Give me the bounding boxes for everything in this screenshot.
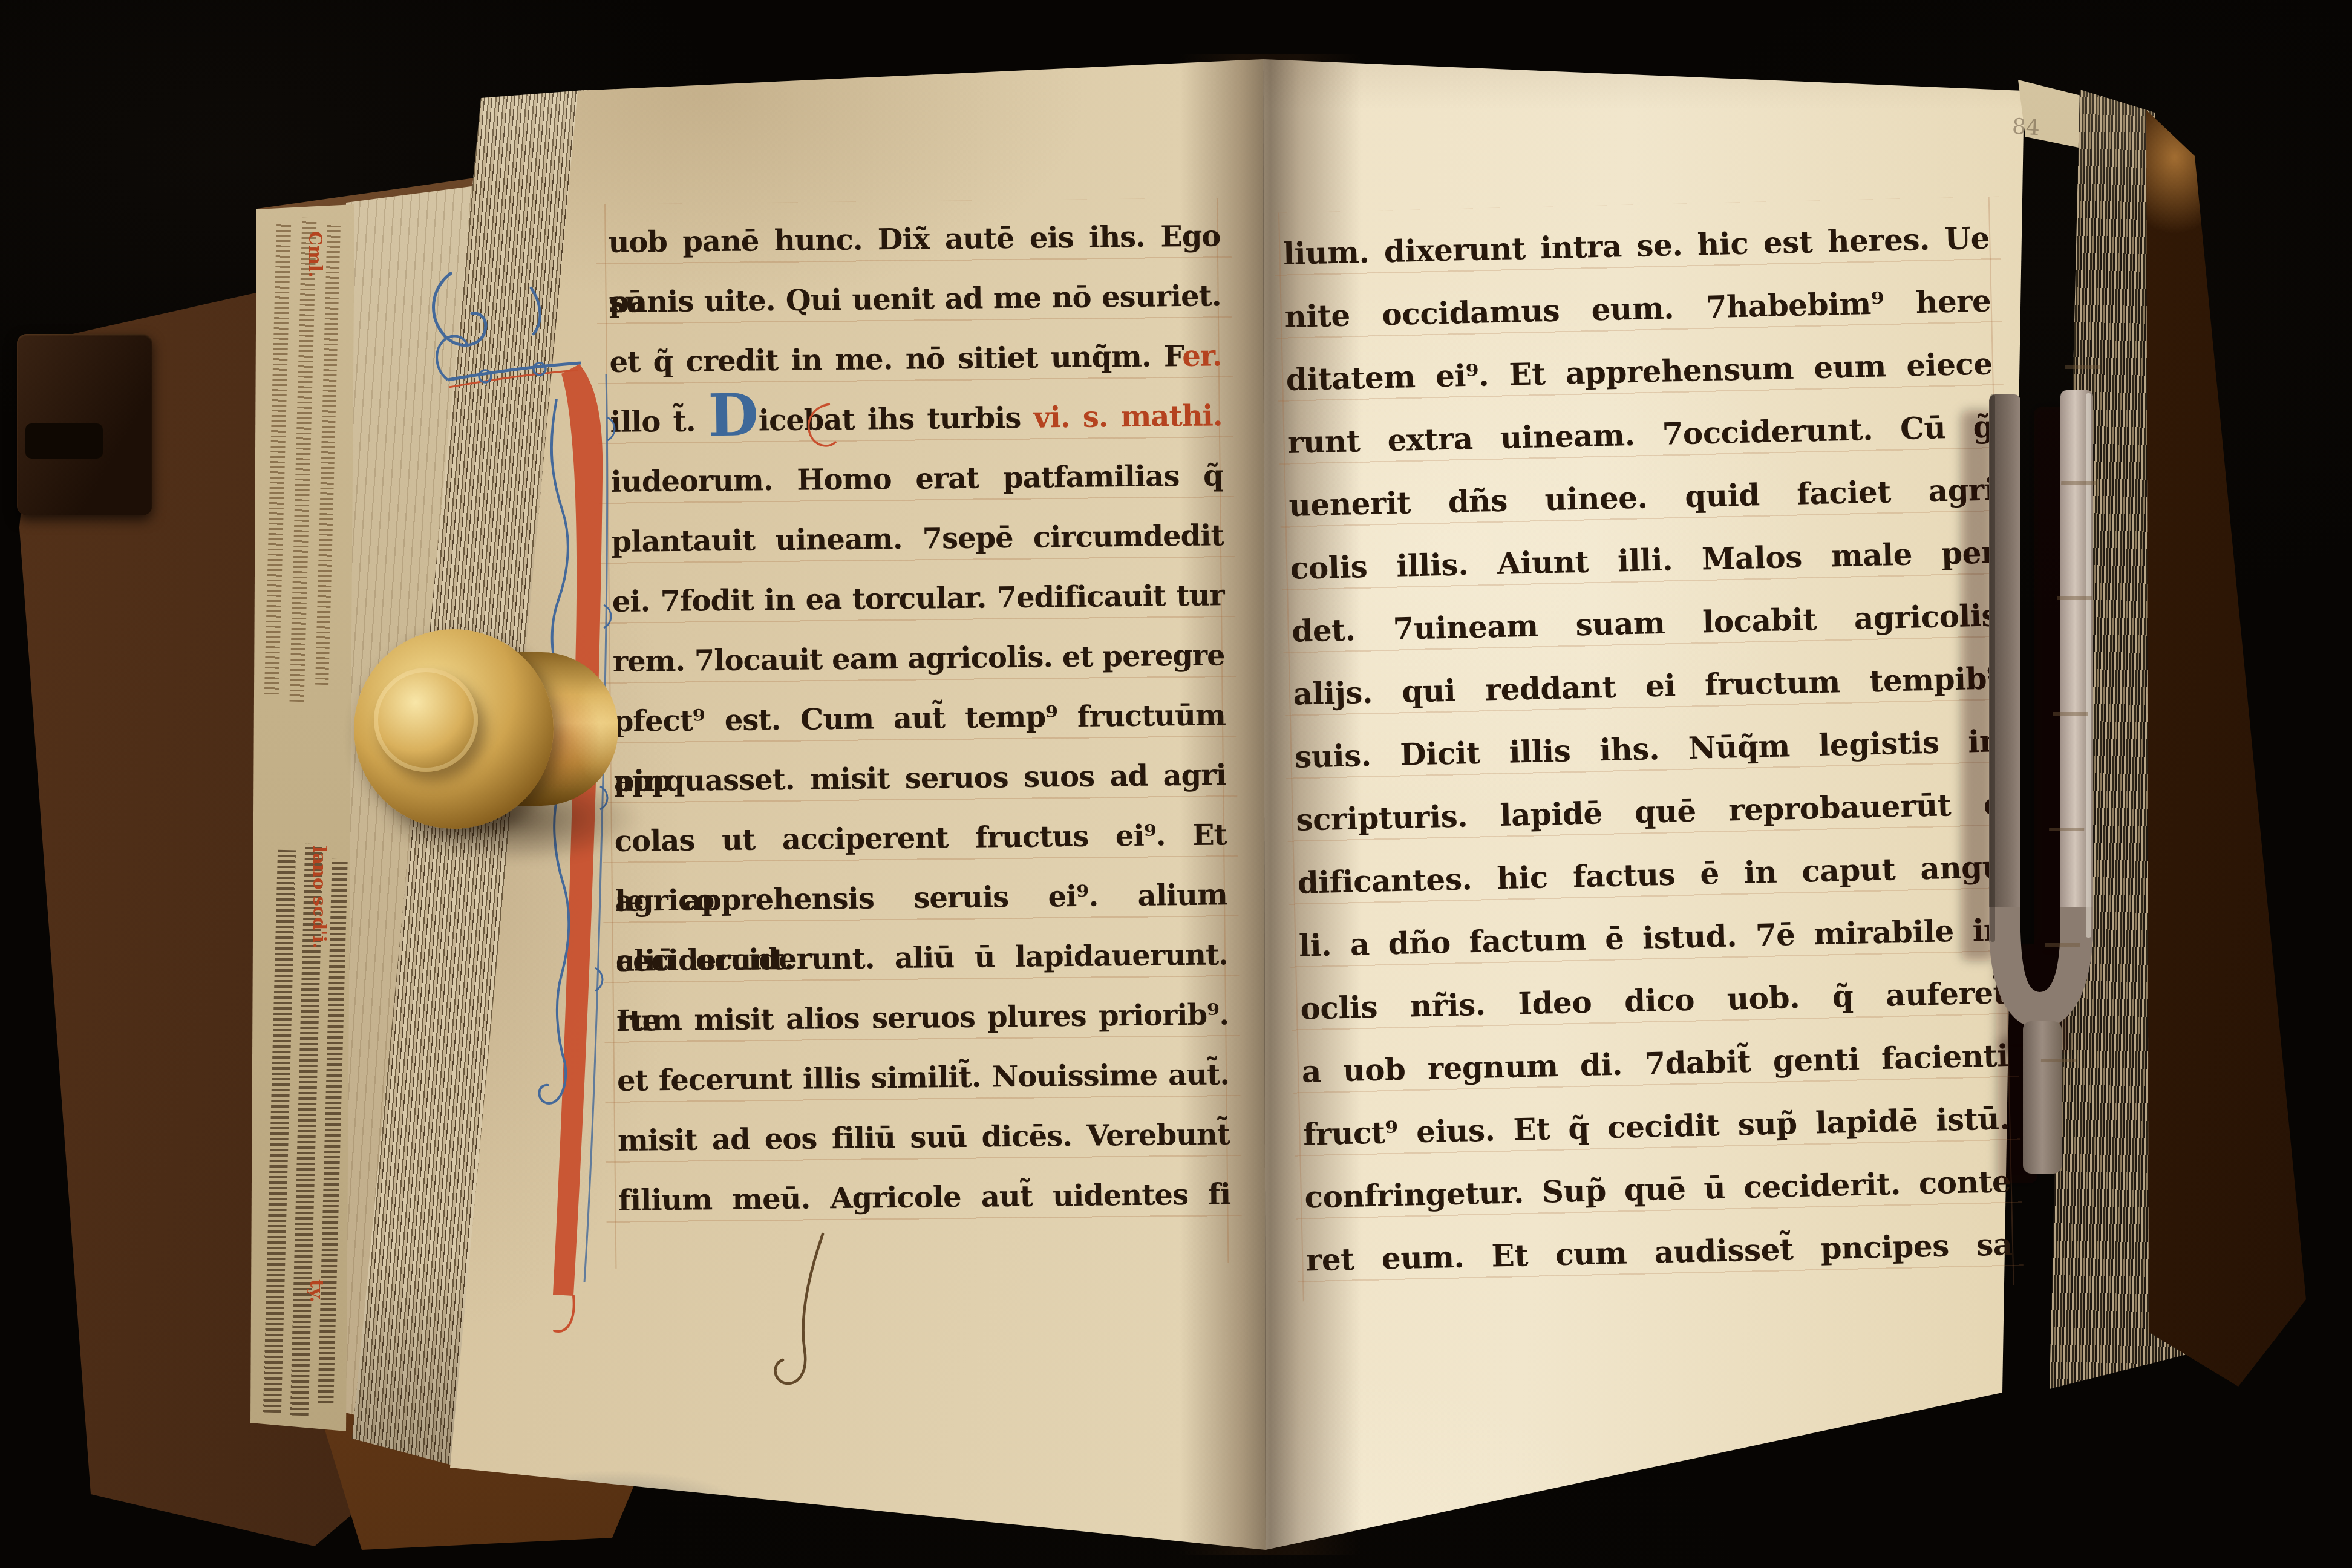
initial-d-filigree: [809, 404, 836, 446]
decor-layer: [0, 0, 2352, 1568]
page-weight-knob: [374, 668, 478, 772]
descender-flourish: [775, 1234, 823, 1383]
folio-number: 84: [2011, 114, 2040, 140]
leather-strap-slot: [25, 423, 103, 459]
